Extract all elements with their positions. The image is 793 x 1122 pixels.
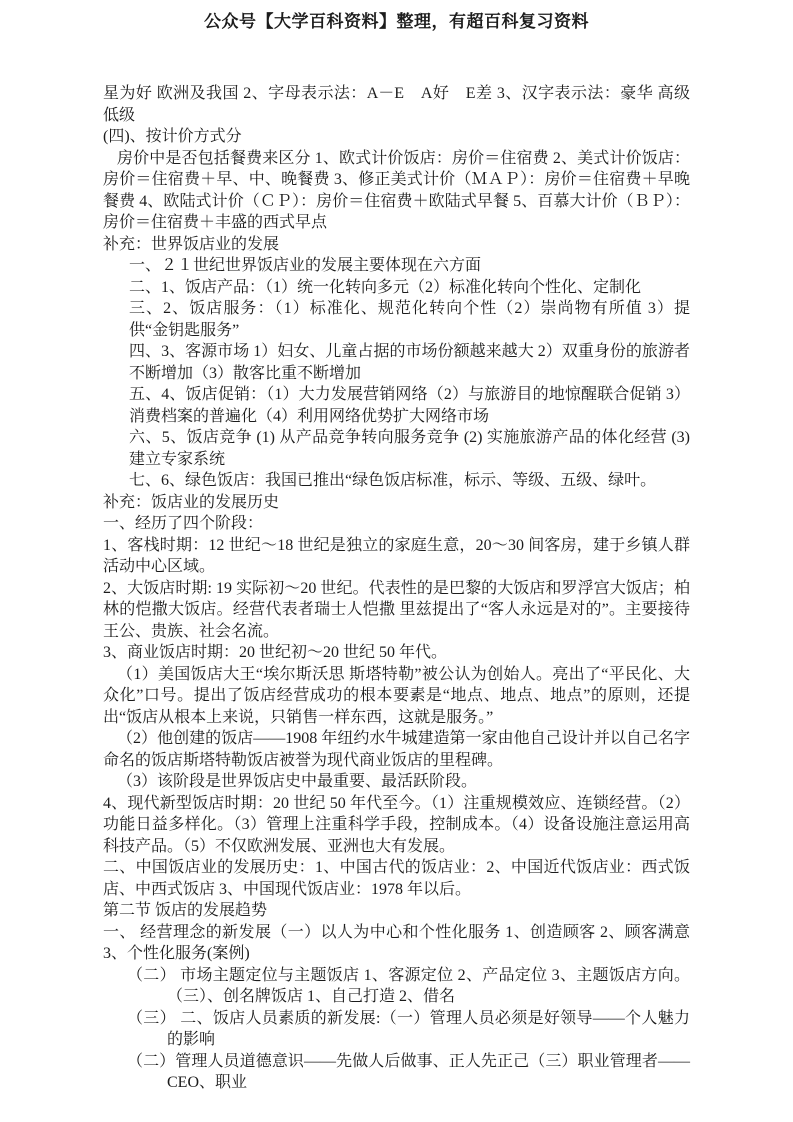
paragraph: 三、2、饭店服务：（1）标准化、规范化转向个性（2）崇尚物有所值 3）提供“金钥… — [103, 298, 690, 341]
paragraph: （3）该阶段是世界饭店史中最重要、最活跃阶段。 — [103, 771, 690, 793]
list-text: 6、绿色饭店：我国已推出“绿色饭店标准，标示、等级、五级、绿叶。 — [161, 472, 656, 489]
paragraph: 五、4、饭店促销：（1）大力发展营销网络（2）与旅游目的地惊醒联合促销 3）消费… — [103, 384, 690, 427]
list-number: 一、 — [129, 257, 161, 274]
paragraph: 4、现代新型饭店时期：20 世纪 50 年代至今。（1）注重规模效应、连锁经营。… — [103, 793, 690, 858]
list-text: 4、饭店促销：（1）大力发展营销网络（2）与旅游目的地惊醒联合促销 3）消费档案… — [129, 386, 690, 425]
paragraph: 星为好 欧洲及我国 2、字母表示法：A－E A好 E差 3、汉字表示法：豪华 高… — [103, 83, 690, 126]
list-number: 四、 — [129, 343, 161, 360]
paragraph: 补充：世界饭店业的发展 — [103, 234, 690, 256]
list-number: 六、 — [129, 429, 162, 446]
list-number: 五、 — [129, 386, 161, 403]
list-text: 3、客源市场 1）妇女、儿童占据的市场份额越来越大 2）双重身份的旅游者不断增加… — [129, 343, 690, 382]
list-text: ２１世纪世界饭店业的发展主要体现在六方面 — [161, 257, 481, 274]
paragraph: 1、客栈时期：12 世纪～18 世纪是独立的家庭生意，20～30 间客房，建于乡… — [103, 535, 690, 578]
paragraph: 二、1、饭店产品：（1）统一化转向多元（2）标准化转向个性化、定制化 — [103, 277, 690, 299]
paragraph: (四)、按计价方式分 — [103, 126, 690, 148]
paragraph: （1）美国饭店大王“埃尔斯沃思 斯塔特勒”被公认为创始人。亮出了“平民化、大众化… — [103, 664, 690, 729]
paragraph: 六、5、饭店竞争 (1) 从产品竞争转向服务竞争 (2) 实施旅游产品的体化经营… — [103, 427, 690, 470]
list-number: 七、 — [129, 472, 161, 489]
list-text: 5、饭店竞争 (1) 从产品竞争转向服务竞争 (2) 实施旅游产品的体化经营 (… — [129, 429, 690, 468]
paragraph: （三） 二、饭店人员素质的新发展:（一）管理人员必须是好领导——个人魅力的影响 — [103, 1008, 690, 1051]
paragraph: （2）他创建的饭店——1908 年纽约水牛城建造第一家由他自己设计并以自己名字命… — [103, 728, 690, 771]
list-text: 1、饭店产品：（1）统一化转向多元（2）标准化转向个性化、定制化 — [161, 279, 641, 296]
paragraph: 七、6、绿色饭店：我国已推出“绿色饭店标准，标示、等级、五级、绿叶。 — [103, 470, 690, 492]
page-header-title: 公众号【大学百科资料】整理，有超百科复习资料 — [0, 7, 793, 32]
paragraph: 第二节 饭店的发展趋势 — [103, 900, 690, 922]
paragraph: 房价中是否包括餐费来区分 1、欧式计价饭店：房价＝住宿费 2、美式计价饭店：房价… — [103, 148, 690, 234]
paragraph: 一、２１世纪世界饭店业的发展主要体现在六方面 — [103, 255, 690, 277]
document-page: 公众号【大学百科资料】整理，有超百科复习资料 星为好 欧洲及我国 2、字母表示法… — [0, 0, 793, 1122]
paragraph: 一、经历了四个阶段： — [103, 513, 690, 535]
document-body: 星为好 欧洲及我国 2、字母表示法：A－E A好 E差 3、汉字表示法：豪华 高… — [103, 83, 690, 1094]
list-number: 二、 — [129, 279, 161, 296]
paragraph: （二）管理人员道德意识——先做人后做事、正人先正己（三）职业管理者——CEO、职… — [103, 1051, 690, 1094]
paragraph: 3、商业饭店时期：20 世纪初～20 世纪 50 年代。 — [103, 642, 690, 664]
list-number: 三、 — [129, 300, 163, 317]
paragraph: 补充：饭店业的发展历史 — [103, 492, 690, 514]
list-text: 2、饭店服务：（1）标准化、规范化转向个性（2）崇尚物有所值 3）提供“金钥匙服… — [129, 300, 690, 339]
paragraph: 一、 经营理念的新发展（一）以人为中心和个性化服务 1、创造顾客 2、顾客满意 … — [103, 922, 690, 965]
paragraph: 二、中国饭店业的发展历史：1、中国古代的饭店业：2、中国近代饭店业：西式饭店、中… — [103, 857, 690, 900]
paragraph: 四、3、客源市场 1）妇女、儿童占据的市场份额越来越大 2）双重身份的旅游者不断… — [103, 341, 690, 384]
paragraph: 2、大饭店时期: 19 实际初～20 世纪。代表性的是巴黎的大饭店和罗浮宫大饭店… — [103, 578, 690, 643]
paragraph: （二） 市场主题定位与主题饭店 1、客源定位 2、产品定位 3、主题饭店方向。（… — [103, 965, 690, 1008]
